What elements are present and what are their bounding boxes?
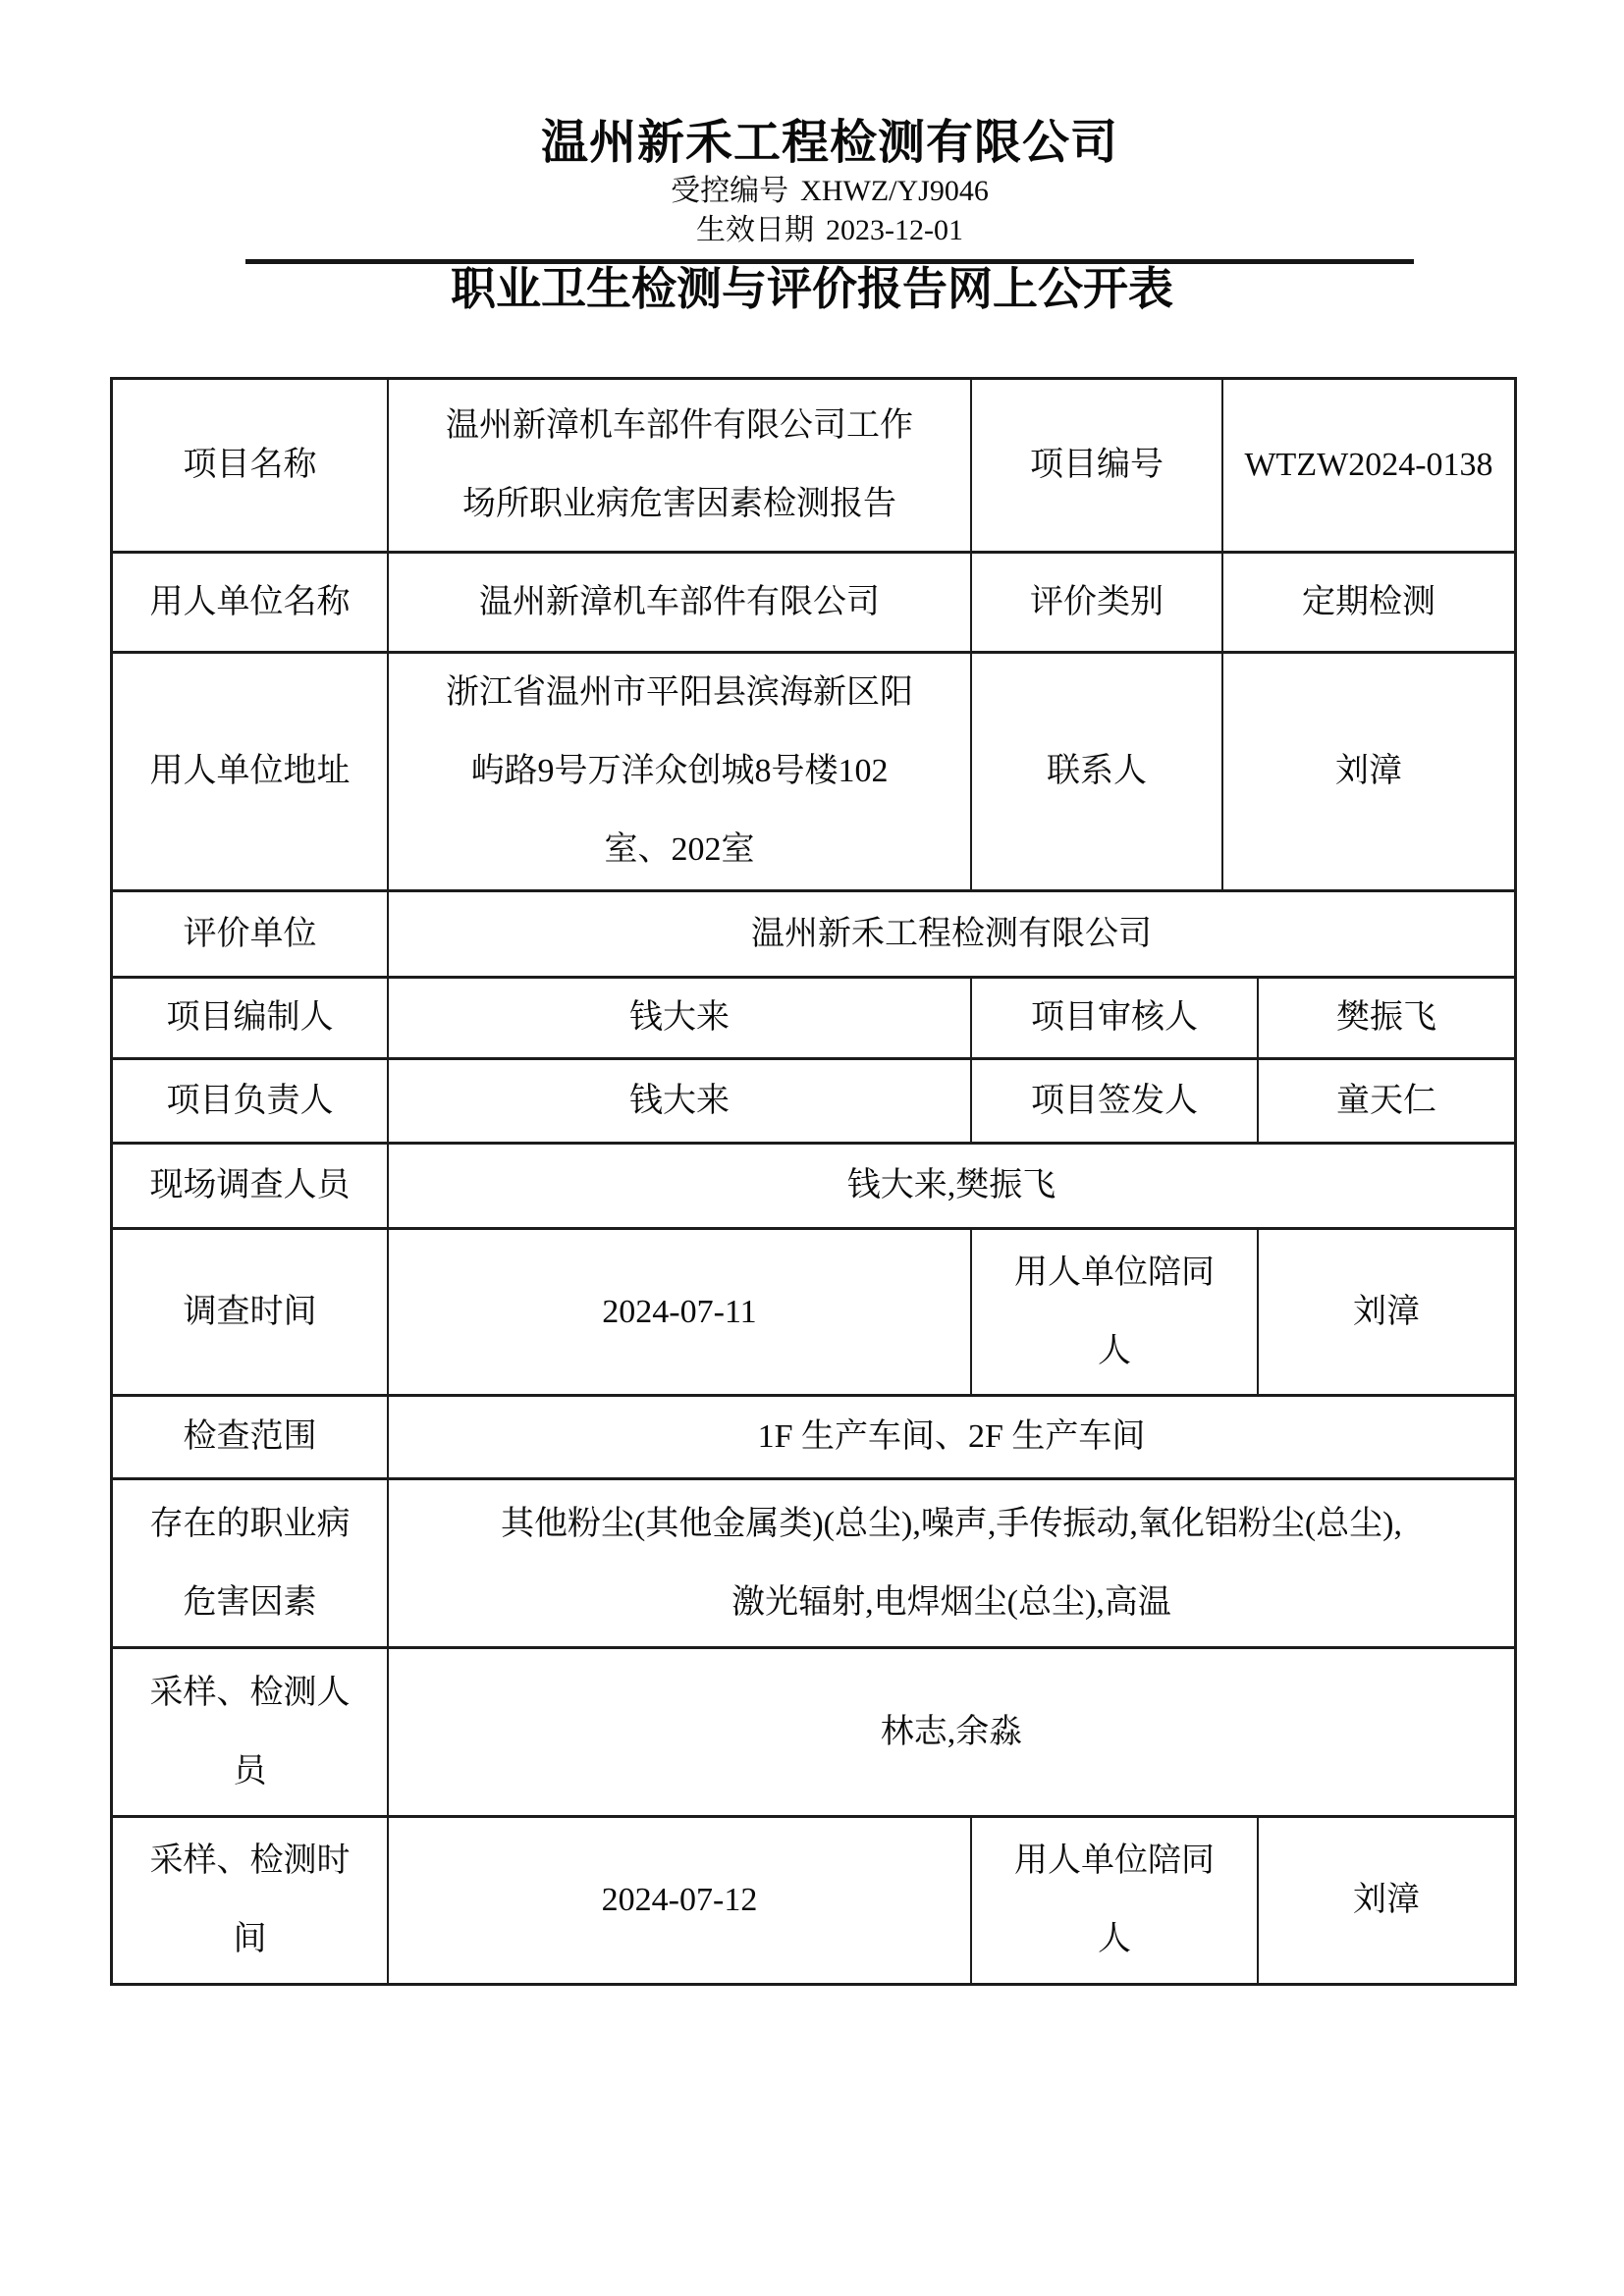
row-label2-cell: 用人单位陪同人 bbox=[970, 1230, 1257, 1394]
table-row-evaluation-unit: 评价单位 温州新禾工程检测有限公司 bbox=[113, 889, 1514, 976]
row-value-cell: 2024-07-12 bbox=[387, 1818, 970, 1983]
effective-date-value: 2023-12-01 bbox=[826, 214, 963, 246]
row-value-cell: 2024-07-11 bbox=[387, 1230, 970, 1394]
row-label-cell: 存在的职业病危害因素 bbox=[113, 1480, 387, 1646]
row-value2-cell: 刘漳 bbox=[1257, 1230, 1514, 1394]
row-label-cell: 项目负责人 bbox=[113, 1060, 387, 1142]
row-label-cell: 项目编制人 bbox=[113, 979, 387, 1057]
row-value-cell: 温州新禾工程检测有限公司 bbox=[387, 892, 1514, 976]
effective-date-label: 生效日期 bbox=[696, 214, 814, 246]
row-value-cell: 温州新漳机车部件有限公司工作场所职业病危害因素检测报告 bbox=[387, 380, 970, 551]
row-label-cell: 用人单位名称 bbox=[113, 554, 387, 651]
row-label2-cell: 项目审核人 bbox=[970, 979, 1257, 1057]
row-value-cell: 林志,余淼 bbox=[387, 1649, 1514, 1815]
table-row-inspection-scope: 检查范围 1F 生产车间、2F 生产车间 bbox=[113, 1394, 1514, 1477]
row-value-cell: 1F 生产车间、2F 生产车间 bbox=[387, 1397, 1514, 1477]
row-label2-cell: 项目签发人 bbox=[970, 1060, 1257, 1142]
document-header: 温州新禾工程检测有限公司 受控编号XHWZ/YJ9046 生效日期2023-12… bbox=[245, 115, 1414, 264]
report-table: 项目名称 温州新漳机车部件有限公司工作场所职业病危害因素检测报告 项目编号 WT… bbox=[110, 377, 1517, 1986]
row-label2-cell: 项目编号 bbox=[970, 380, 1221, 551]
row-value2-cell: 童天仁 bbox=[1257, 1060, 1514, 1142]
table-row-hazard-factors: 存在的职业病危害因素 其他粉尘(其他金属类)(总尘),噪声,手传振动,氧化铝粉尘… bbox=[113, 1477, 1514, 1646]
table-row-investigation-time: 调查时间 2024-07-11 用人单位陪同人 刘漳 bbox=[113, 1227, 1514, 1394]
row-label-cell: 用人单位地址 bbox=[113, 654, 387, 889]
table-row-project-compiler: 项目编制人 钱大来 项目审核人 樊振飞 bbox=[113, 976, 1514, 1057]
table-row-employer-name: 用人单位名称 温州新漳机车部件有限公司 评价类别 定期检测 bbox=[113, 551, 1514, 651]
row-label-cell: 采样、检测时间 bbox=[113, 1818, 387, 1983]
row-value-cell: 浙江省温州市平阳县滨海新区阳屿路9号万洋众创城8号楼102室、202室 bbox=[387, 654, 970, 889]
control-number-label: 受控编号 bbox=[671, 175, 788, 207]
row-label-cell: 现场调查人员 bbox=[113, 1145, 387, 1227]
row-label-cell: 采样、检测人员 bbox=[113, 1649, 387, 1815]
row-label-cell: 评价单位 bbox=[113, 892, 387, 976]
row-label2-cell: 联系人 bbox=[970, 654, 1221, 889]
company-name: 温州新禾工程检测有限公司 bbox=[245, 115, 1414, 172]
control-number-value: XHWZ/YJ9046 bbox=[800, 175, 989, 207]
row-value-cell: 钱大来 bbox=[387, 979, 970, 1057]
control-number-line: 受控编号XHWZ/YJ9046 bbox=[245, 172, 1414, 211]
table-row-site-investigators: 现场调查人员 钱大来,樊振飞 bbox=[113, 1142, 1514, 1227]
row-label-cell: 项目名称 bbox=[113, 380, 387, 551]
table-row-project-leader: 项目负责人 钱大来 项目签发人 童天仁 bbox=[113, 1057, 1514, 1142]
table-row-sampling-personnel: 采样、检测人员 林志,余淼 bbox=[113, 1646, 1514, 1815]
row-value2-cell: 刘漳 bbox=[1221, 654, 1514, 889]
form-title: 职业卫生检测与评价报告网上公开表 bbox=[0, 261, 1624, 318]
row-value-cell: 钱大来 bbox=[387, 1060, 970, 1142]
row-value-cell: 钱大来,樊振飞 bbox=[387, 1145, 1514, 1227]
row-value2-cell: 樊振飞 bbox=[1257, 979, 1514, 1057]
table-row-project-name: 项目名称 温州新漳机车部件有限公司工作场所职业病危害因素检测报告 项目编号 WT… bbox=[113, 380, 1514, 551]
table-row-sampling-time: 采样、检测时间 2024-07-12 用人单位陪同人 刘漳 bbox=[113, 1815, 1514, 1983]
row-value2-cell: 定期检测 bbox=[1221, 554, 1514, 651]
row-value-cell: 其他粉尘(其他金属类)(总尘),噪声,手传振动,氧化铝粉尘(总尘),激光辐射,电… bbox=[387, 1480, 1514, 1646]
row-value2-cell: 刘漳 bbox=[1257, 1818, 1514, 1983]
effective-date-line: 生效日期2023-12-01 bbox=[245, 211, 1414, 250]
row-label-cell: 检查范围 bbox=[113, 1397, 387, 1477]
row-label-cell: 调查时间 bbox=[113, 1230, 387, 1394]
row-value2-cell: WTZW2024-0138 bbox=[1221, 380, 1514, 551]
table-row-employer-address: 用人单位地址 浙江省温州市平阳县滨海新区阳屿路9号万洋众创城8号楼102室、20… bbox=[113, 651, 1514, 889]
row-label2-cell: 评价类别 bbox=[970, 554, 1221, 651]
row-value-cell: 温州新漳机车部件有限公司 bbox=[387, 554, 970, 651]
row-label2-cell: 用人单位陪同人 bbox=[970, 1818, 1257, 1983]
